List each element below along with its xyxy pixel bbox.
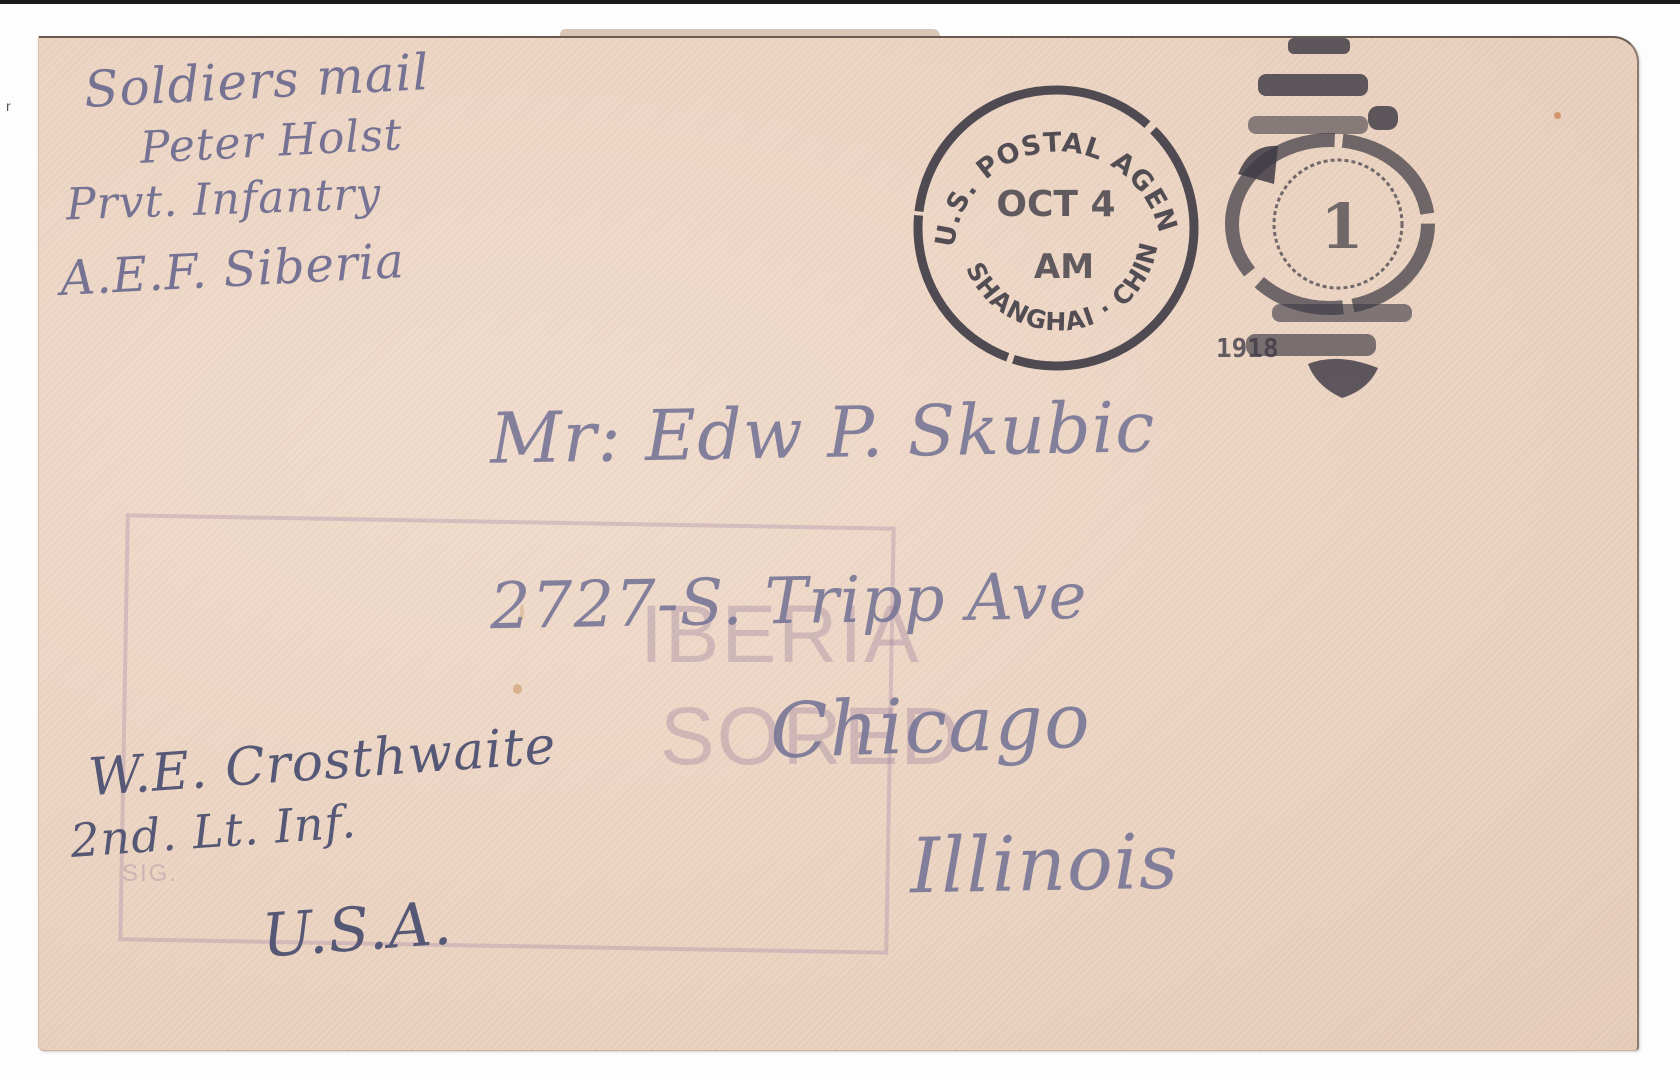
killer-cancel: 1 [1218,34,1448,398]
recipient-name: Mr: Edw P. Skubic [489,392,1155,474]
recipient-street: 2727-S. Tripp Ave [489,565,1087,639]
postmark-time: AM [1034,247,1094,287]
foxing-stain [520,604,524,620]
torn-flap-edge [560,29,940,36]
postmark-icon: U.S. POSTAL AGENCY SHANGHAI · CHINA OCT … [906,78,1206,378]
envelope-scan: r IBERIA SORED SIG. Soldiers mail Peter … [0,0,1680,1080]
postmark-date: OCT 4 [996,184,1115,225]
scanner-edge [0,0,1680,4]
foxing-stain [1554,112,1561,119]
duplex-killer-bars-icon: 1 [1218,34,1448,398]
foxing-stain [513,684,522,694]
margin-mark: r [6,98,11,114]
return-address-line-3: Prvt. Infantry [65,173,382,228]
censor-stamp-text-line-3: SIG. [122,860,178,888]
censor-signature-country: U.S.A. [260,893,454,966]
recipient-city: Chicago [769,682,1092,769]
recipient-state: Illinois [909,824,1179,905]
killer-number: 1 [1320,190,1363,263]
circular-postmark: U.S. POSTAL AGENCY SHANGHAI · CHINA OCT … [906,78,1206,378]
